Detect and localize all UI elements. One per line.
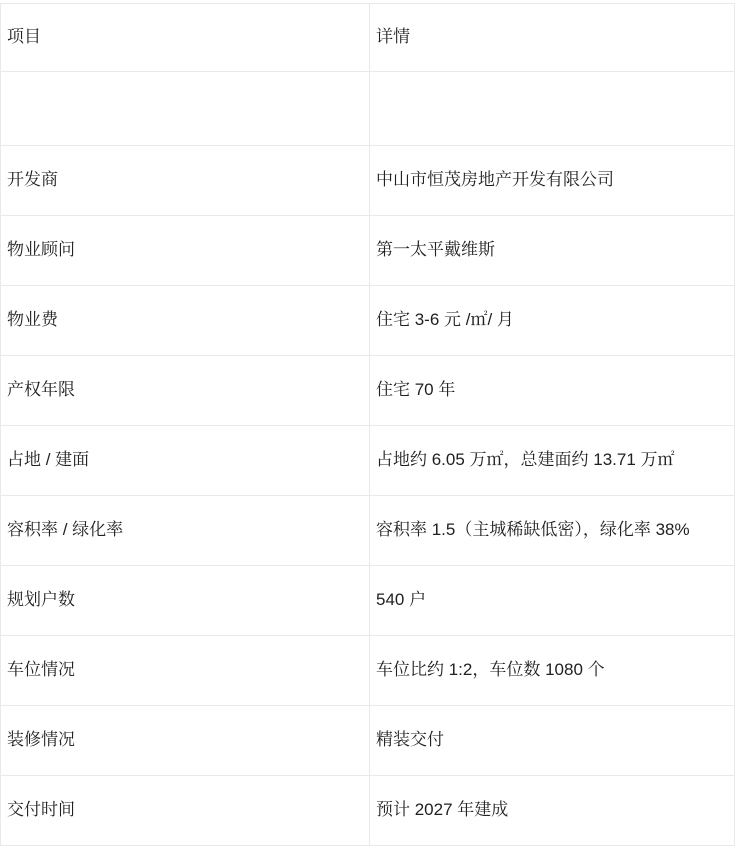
detail-cell — [370, 72, 735, 146]
property-info-table: 项目 详情 开发商中山市恒茂房地产开发有限公司物业顾问第一太平戴维斯物业费住宅 … — [0, 3, 735, 846]
item-cell — [1, 72, 370, 146]
detail-cell: 容积率 1.5（主城稀缺低密），绿化率 38% — [370, 496, 735, 566]
item-cell: 容积率 / 绿化率 — [1, 496, 370, 566]
table-row: 物业费住宅 3-6 元 /㎡/ 月 — [1, 286, 735, 356]
header-cell-detail: 详情 — [370, 4, 735, 72]
item-cell: 交付时间 — [1, 776, 370, 846]
item-cell: 占地 / 建面 — [1, 426, 370, 496]
table-row: 规划户数540 户 — [1, 566, 735, 636]
item-cell: 规划户数 — [1, 566, 370, 636]
table-row: 占地 / 建面占地约 6.05 万㎡，总建面约 13.71 万㎡ — [1, 426, 735, 496]
detail-cell: 第一太平戴维斯 — [370, 216, 735, 286]
item-cell: 装修情况 — [1, 706, 370, 776]
table-empty-row — [1, 72, 735, 146]
table-row: 容积率 / 绿化率容积率 1.5（主城稀缺低密），绿化率 38% — [1, 496, 735, 566]
detail-cell: 中山市恒茂房地产开发有限公司 — [370, 146, 735, 216]
item-cell: 物业顾问 — [1, 216, 370, 286]
header-cell-item: 项目 — [1, 4, 370, 72]
item-cell: 开发商 — [1, 146, 370, 216]
item-cell: 车位情况 — [1, 636, 370, 706]
detail-cell: 精装交付 — [370, 706, 735, 776]
detail-cell: 占地约 6.05 万㎡，总建面约 13.71 万㎡ — [370, 426, 735, 496]
detail-cell: 住宅 70 年 — [370, 356, 735, 426]
table-row: 交付时间预计 2027 年建成 — [1, 776, 735, 846]
table-body: 开发商中山市恒茂房地产开发有限公司物业顾问第一太平戴维斯物业费住宅 3-6 元 … — [1, 72, 735, 846]
item-cell: 物业费 — [1, 286, 370, 356]
table-row: 开发商中山市恒茂房地产开发有限公司 — [1, 146, 735, 216]
table-row: 车位情况车位比约 1:2，车位数 1080 个 — [1, 636, 735, 706]
table-row: 产权年限住宅 70 年 — [1, 356, 735, 426]
table-row: 物业顾问第一太平戴维斯 — [1, 216, 735, 286]
detail-cell: 车位比约 1:2，车位数 1080 个 — [370, 636, 735, 706]
detail-cell: 540 户 — [370, 566, 735, 636]
table-header-row: 项目 详情 — [1, 4, 735, 72]
table-row: 装修情况精装交付 — [1, 706, 735, 776]
detail-cell: 住宅 3-6 元 /㎡/ 月 — [370, 286, 735, 356]
detail-cell: 预计 2027 年建成 — [370, 776, 735, 846]
item-cell: 产权年限 — [1, 356, 370, 426]
